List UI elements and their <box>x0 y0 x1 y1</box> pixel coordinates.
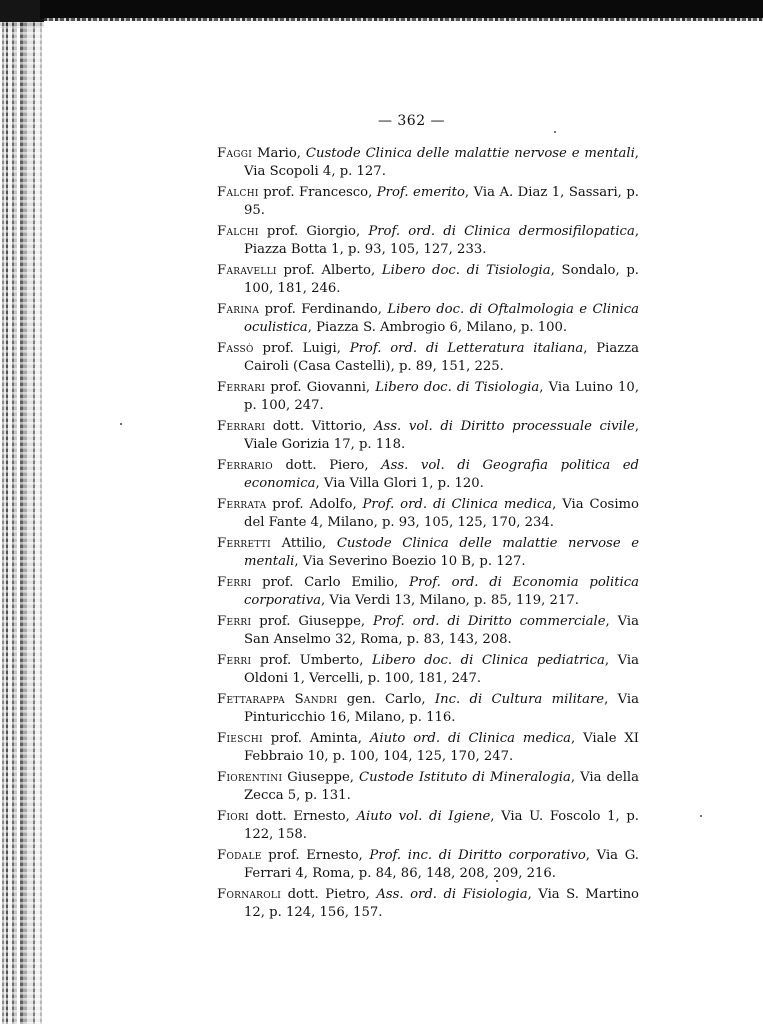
entry-surname: Farina <box>217 302 259 317</box>
scan-top-border <box>40 0 763 19</box>
entry-name: prof. Francesco, <box>259 185 377 200</box>
directory-entry: Fieschi prof. Aminta, Aiuto ord. di Clin… <box>217 730 639 767</box>
entry-role: Prof. ord. di Letteratura italiana <box>350 341 584 356</box>
entry-surname: Ferrata <box>217 497 266 512</box>
entry-surname: Ferri <box>217 575 251 590</box>
directory-entry: Fettarappa Sandri gen. Carlo, Inc. di Cu… <box>217 691 639 728</box>
directory-entry: Ferretti Attilio, Custode Clinica delle … <box>217 535 639 572</box>
scan-speck <box>496 880 498 882</box>
entry-surname: Falchi <box>217 185 259 200</box>
directory-entry: Ferrata prof. Adolfo, Prof. ord. di Clin… <box>217 496 639 533</box>
entry-name: prof. Giovanni, <box>265 380 375 395</box>
directory-entry: Ferri prof. Umberto, Libero doc. di Clin… <box>217 652 639 689</box>
entry-surname: Faggi <box>217 146 252 161</box>
entry-address: , Via Villa Glori 1, p. 120. <box>316 476 484 491</box>
directory-entry: Fornaroli dott. Pietro, Ass. ord. di Fis… <box>217 886 639 923</box>
entry-name: Mario, <box>252 146 306 161</box>
entry-surname: Ferrari <box>217 419 265 434</box>
entry-surname: Ferrari <box>217 380 265 395</box>
entry-name: dott. Ernesto, <box>249 809 357 824</box>
entry-role: Custode Istituto di Mineralogia <box>359 770 571 785</box>
entry-role: Aiuto vol. di Igiene <box>356 809 490 824</box>
entry-address: , Via Verdi 13, Milano, p. 85, 119, 217. <box>321 593 579 608</box>
directory-entries: Faggi Mario, Custode Clinica delle malat… <box>217 145 639 925</box>
entry-surname: Fiorentini <box>217 770 282 785</box>
entry-role: Custode Clinica delle malattie nervose e… <box>306 146 635 161</box>
entry-name: prof. Carlo Emilio, <box>251 575 409 590</box>
entry-name: prof. Umberto, <box>251 653 372 668</box>
entry-role: Libero doc. di Tisiologia <box>382 263 551 278</box>
directory-entry: Fiori dott. Ernesto, Aiuto vol. di Igien… <box>217 808 639 845</box>
directory-entry: Fiorentini Giuseppe, Custode Istituto di… <box>217 769 639 806</box>
entry-surname: Falchi <box>217 224 259 239</box>
entry-name: gen. Carlo, <box>337 692 435 707</box>
entry-surname: Fassò <box>217 341 254 356</box>
directory-entry: Faravelli prof. Alberto, Libero doc. di … <box>217 262 639 299</box>
entry-name: prof. Ernesto, <box>262 848 370 863</box>
page-number: — 362 — <box>0 113 763 129</box>
directory-entry: Ferri prof. Carlo Emilio, Prof. ord. di … <box>217 574 639 611</box>
entry-name: prof. Giuseppe, <box>251 614 373 629</box>
entry-address: , Piazza S. Ambrogio 6, Milano, p. 100. <box>308 320 567 335</box>
entry-name: prof. Luigi, <box>254 341 350 356</box>
entry-name: prof. Ferdinando, <box>259 302 387 317</box>
entry-name: Giuseppe, <box>282 770 359 785</box>
directory-entry: Ferrario dott. Piero, Ass. vol. di Geogr… <box>217 457 639 494</box>
entry-role: Ass. vol. di Diritto processuale civile <box>374 419 635 434</box>
directory-entry: Fodale prof. Ernesto, Prof. inc. di Diri… <box>217 847 639 884</box>
entry-role: Prof. inc. di Diritto corporativo <box>369 848 585 863</box>
entry-name: dott. Vittorio, <box>265 419 374 434</box>
entry-role: Libero doc. di Tisiologia <box>375 380 539 395</box>
directory-entry: Ferrari dott. Vittorio, Ass. vol. di Dir… <box>217 418 639 455</box>
scan-speck <box>120 423 122 425</box>
entry-surname: Fodale <box>217 848 262 863</box>
entry-surname: Faravelli <box>217 263 277 278</box>
scan-speck <box>554 131 556 133</box>
directory-entry: Falchi prof. Giorgio, Prof. ord. di Clin… <box>217 223 639 260</box>
directory-entry: Faggi Mario, Custode Clinica delle malat… <box>217 145 639 182</box>
entry-surname: Ferri <box>217 614 251 629</box>
directory-entry: Falchi prof. Francesco, Prof. emerito, V… <box>217 184 639 221</box>
entry-role: Aiuto ord. di Clinica medica <box>370 731 571 746</box>
entry-role: Prof. ord. di Clinica medica <box>363 497 553 512</box>
book-binding-texture <box>0 22 44 1024</box>
entry-role: Inc. di Cultura militare <box>435 692 604 707</box>
entry-surname: Fornaroli <box>217 887 281 902</box>
directory-entry: Ferri prof. Giuseppe, Prof. ord. di Diri… <box>217 613 639 650</box>
entry-name: prof. Adolfo, <box>266 497 362 512</box>
directory-entry: Fassò prof. Luigi, Prof. ord. di Lettera… <box>217 340 639 377</box>
entry-name: prof. Alberto, <box>277 263 382 278</box>
entry-surname: Ferretti <box>217 536 271 551</box>
entry-role: Ass. ord. di Fisiologia <box>376 887 527 902</box>
entry-address: , Via Severino Boezio 10 B, p. 127. <box>294 554 525 569</box>
entry-role: Libero doc. di Clinica pediatrica <box>372 653 605 668</box>
entry-surname: Fiori <box>217 809 249 824</box>
entry-name: prof. Giorgio, <box>259 224 369 239</box>
entry-role: Prof. emerito <box>377 185 465 200</box>
entry-name: dott. Piero, <box>273 458 381 473</box>
directory-entry: Ferrari prof. Giovanni, Libero doc. di T… <box>217 379 639 416</box>
entry-surname: Fieschi <box>217 731 263 746</box>
directory-entry: Farina prof. Ferdinando, Libero doc. di … <box>217 301 639 338</box>
entry-surname: Ferri <box>217 653 251 668</box>
scan-speck <box>700 815 702 817</box>
entry-surname: Fettarappa Sandri <box>217 692 337 707</box>
entry-name: Attilio, <box>271 536 337 551</box>
entry-role: Prof. ord. di Diritto commerciale <box>373 614 606 629</box>
entry-name: prof. Aminta, <box>263 731 370 746</box>
entry-surname: Ferrario <box>217 458 273 473</box>
entry-name: dott. Pietro, <box>281 887 376 902</box>
entry-role: Prof. ord. di Clinica dermosifilopatica <box>368 224 634 239</box>
